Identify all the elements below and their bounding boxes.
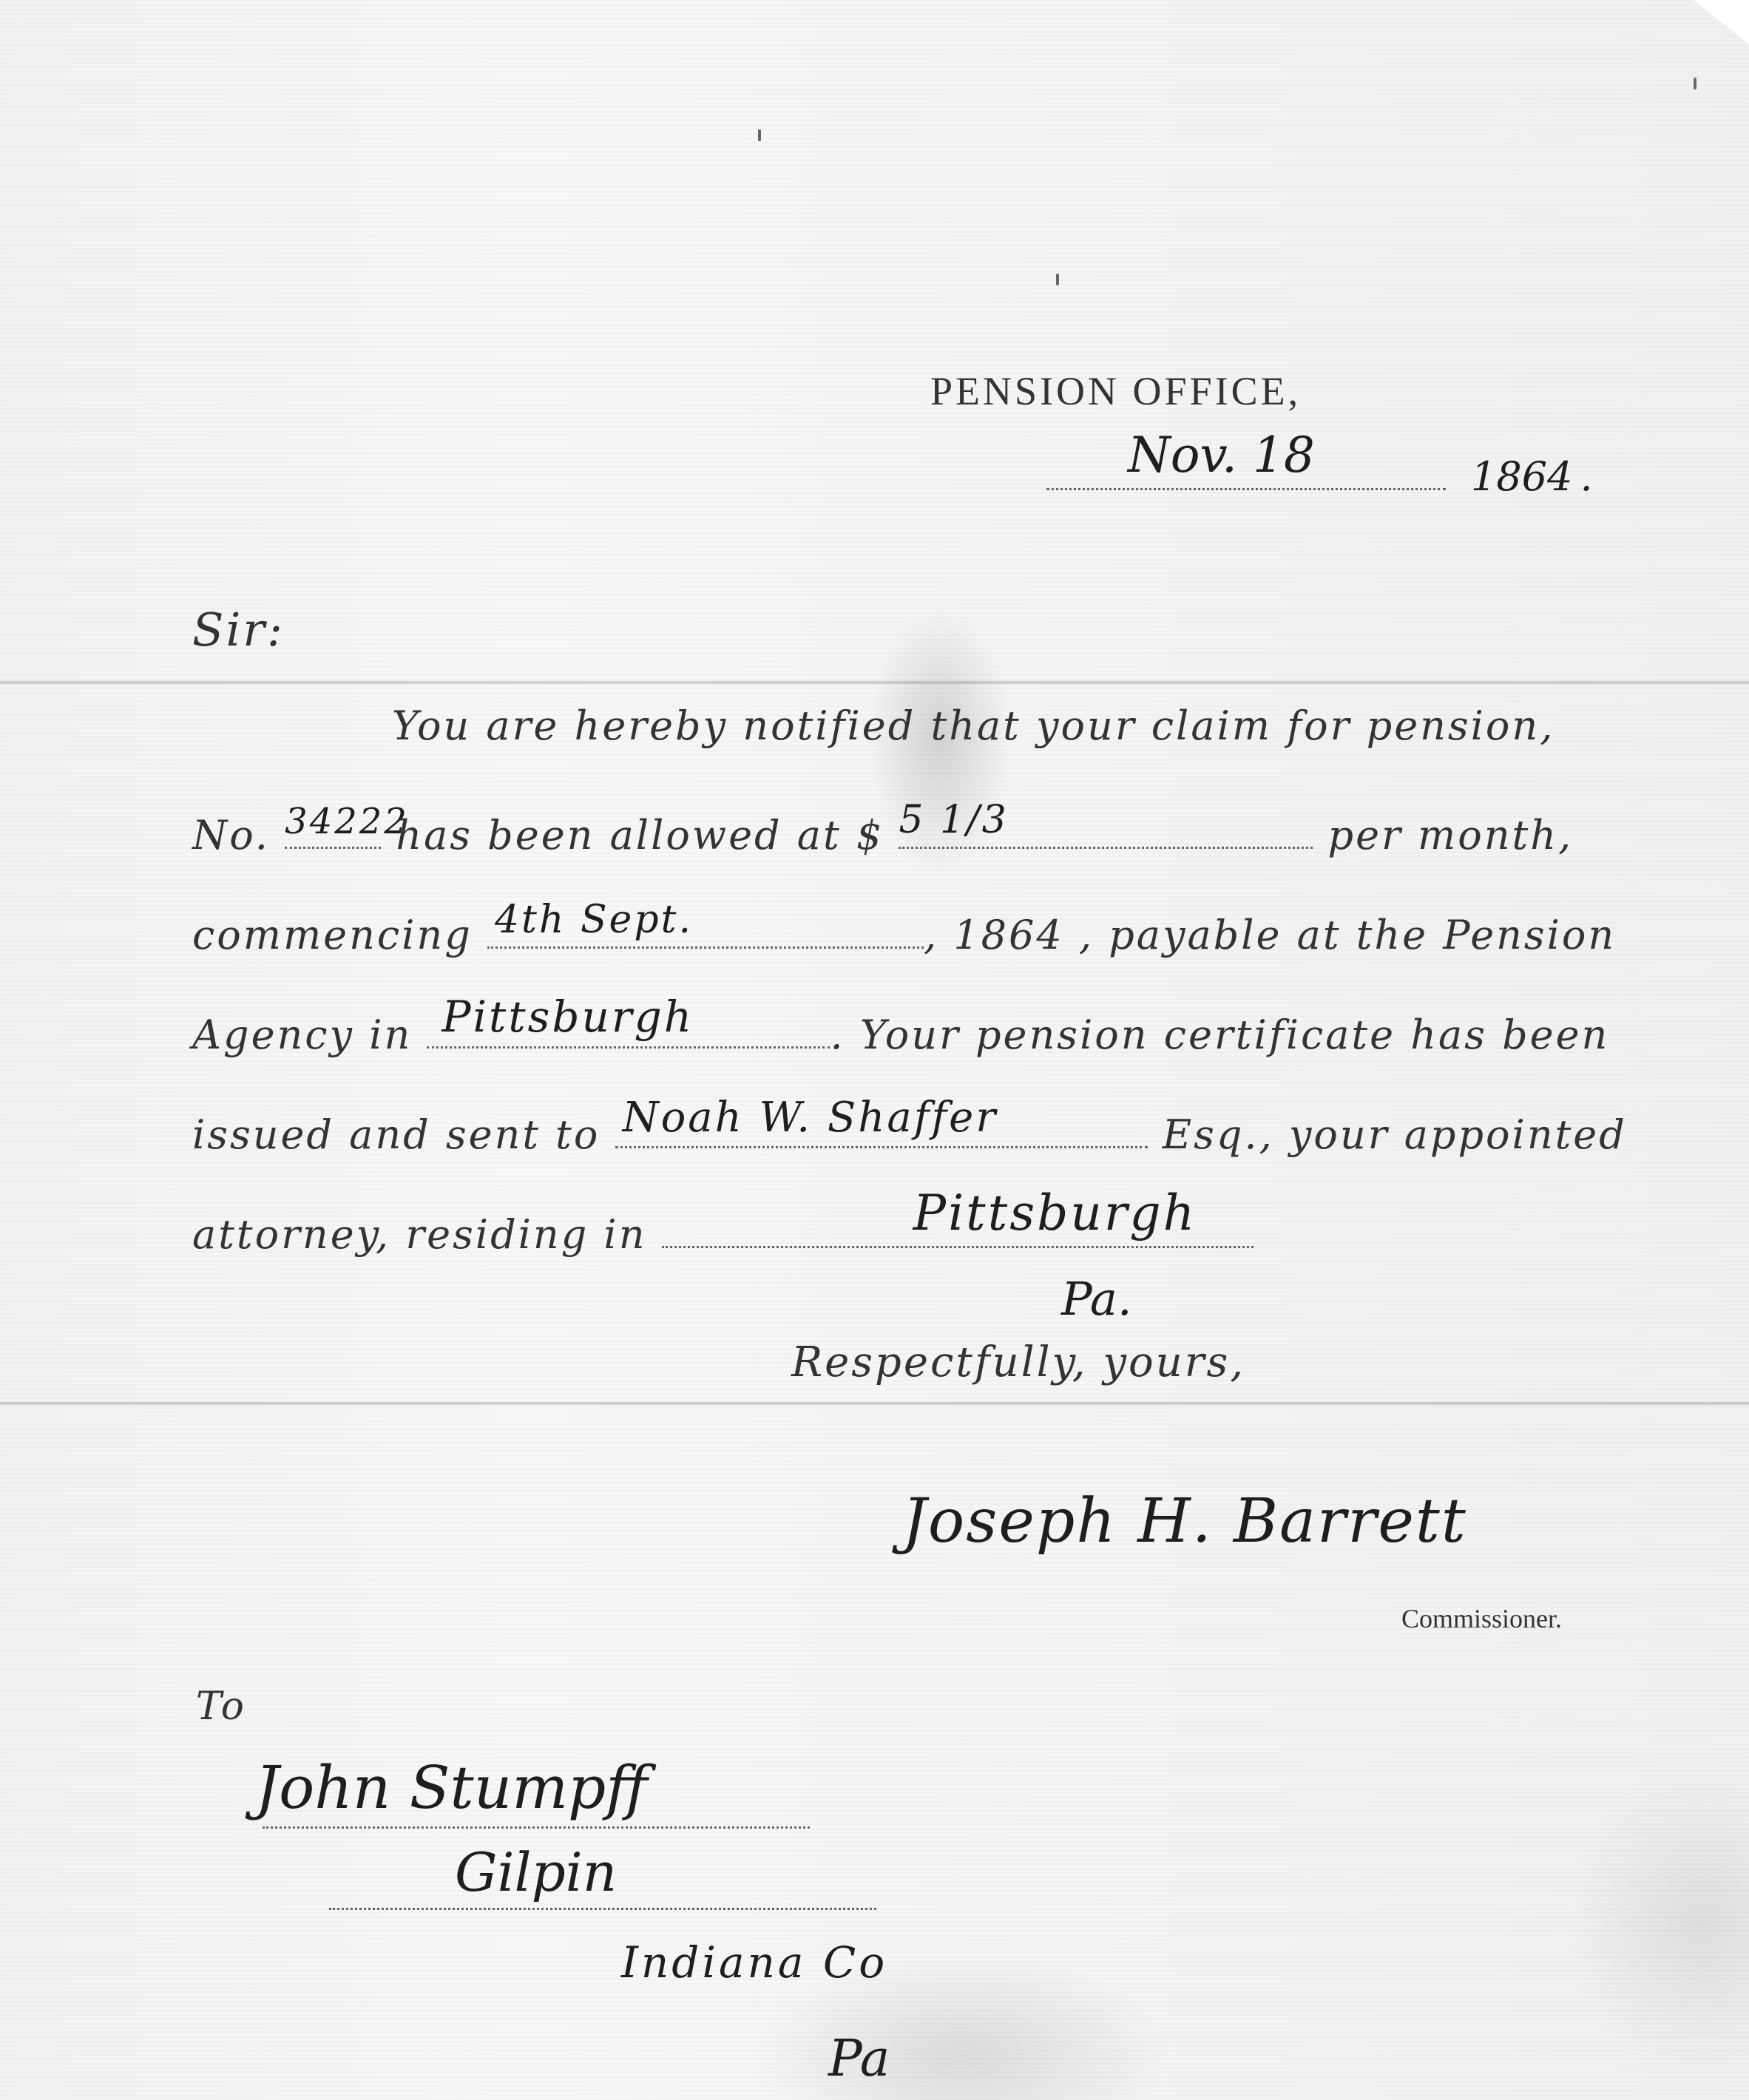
body-line-1: You are hereby notified that your claim … xyxy=(392,702,1555,749)
residence-blank: Pittsburgh xyxy=(662,1202,1254,1248)
body-line-4: Agency in Pittsburgh . Your pension cert… xyxy=(192,1002,1609,1058)
sent-to-text: issued and sent to xyxy=(192,1111,600,1158)
residing-text: attorney, residing in xyxy=(192,1211,646,1258)
appointed-text: Esq., your appointed xyxy=(1163,1111,1627,1158)
body-line-2: No. 34222 has been allowed at $ 5 1/3 pe… xyxy=(192,802,1573,858)
per-month-text: per month, xyxy=(1328,812,1574,858)
date-period: . xyxy=(1580,453,1592,500)
claim-number-blank: 34222 xyxy=(285,802,381,849)
valediction: Respectfully, yours, xyxy=(791,1338,1245,1386)
attorney-blank: Noah W. Shaffer xyxy=(615,1102,1148,1148)
recipient-name-line: John Stumpff xyxy=(263,1775,810,1832)
fold-line-lower xyxy=(0,1401,1749,1406)
signature: Joseph H. Barrett xyxy=(902,1486,1467,1557)
certificate-text: . Your pension certificate has been xyxy=(830,1012,1609,1058)
office-heading: PENSION OFFICE, xyxy=(930,368,1301,414)
body-line-6: attorney, residing in Pittsburgh xyxy=(192,1202,1254,1258)
recipient-name: John Stumpff xyxy=(255,1753,648,1822)
body-line-5: issued and sent to Noah W. Shaffer Esq.,… xyxy=(192,1102,1627,1158)
currency-symbol: $ xyxy=(856,812,884,858)
date-year: 1864 xyxy=(1471,453,1572,500)
fold-line-upper xyxy=(0,680,1749,685)
agency-text: Agency in xyxy=(192,1012,412,1058)
attorney-city: Pittsburgh xyxy=(913,1185,1197,1242)
commencing-blank: 4th Sept. xyxy=(487,902,924,949)
recipient-name-blank: John Stumpff xyxy=(263,1775,810,1829)
signatory-title: Commissioner. xyxy=(1401,1603,1562,1634)
recipient-state: Pa xyxy=(828,2030,890,2088)
commencing-text: commencing xyxy=(192,912,473,958)
commencing-date: 4th Sept. xyxy=(495,898,693,942)
paper-speck xyxy=(1056,274,1059,285)
recipient-town-line: Gilpin xyxy=(329,1856,876,1914)
salutation: Sir: xyxy=(192,603,285,657)
amount-blank: 5 1/3 xyxy=(899,802,1313,849)
recipient-county: Indiana Co xyxy=(621,1937,887,1988)
body-line-3: commencing 4th Sept. , 1864 , payable at… xyxy=(192,902,1616,958)
to-label: To xyxy=(196,1684,246,1729)
recipient-town-blank: Gilpin xyxy=(329,1856,876,1910)
allowed-text: has been allowed at xyxy=(396,812,841,858)
attorney-state: Pa. xyxy=(1061,1272,1132,1326)
date-handwritten: Nov. 18 xyxy=(1128,427,1315,484)
date-line: Nov. 18 1864. xyxy=(1046,436,1593,500)
pension-amount: 5 1/3 xyxy=(899,798,1008,842)
recipient-town: Gilpin xyxy=(455,1841,617,1903)
date-blank: Nov. 18 xyxy=(1046,436,1446,490)
commencing-year: , 1864 xyxy=(924,912,1064,958)
claim-number: 34222 xyxy=(285,801,409,842)
attorney-name: Noah W. Shaffer xyxy=(623,1094,998,1142)
agency-blank: Pittsburgh xyxy=(427,1002,830,1049)
paper-speck xyxy=(758,129,761,141)
claim-number-label: No. xyxy=(192,812,270,858)
agency-city: Pittsburgh xyxy=(442,992,694,1042)
paper-speck xyxy=(1694,78,1696,89)
payable-text: , payable at the Pension xyxy=(1079,912,1616,958)
